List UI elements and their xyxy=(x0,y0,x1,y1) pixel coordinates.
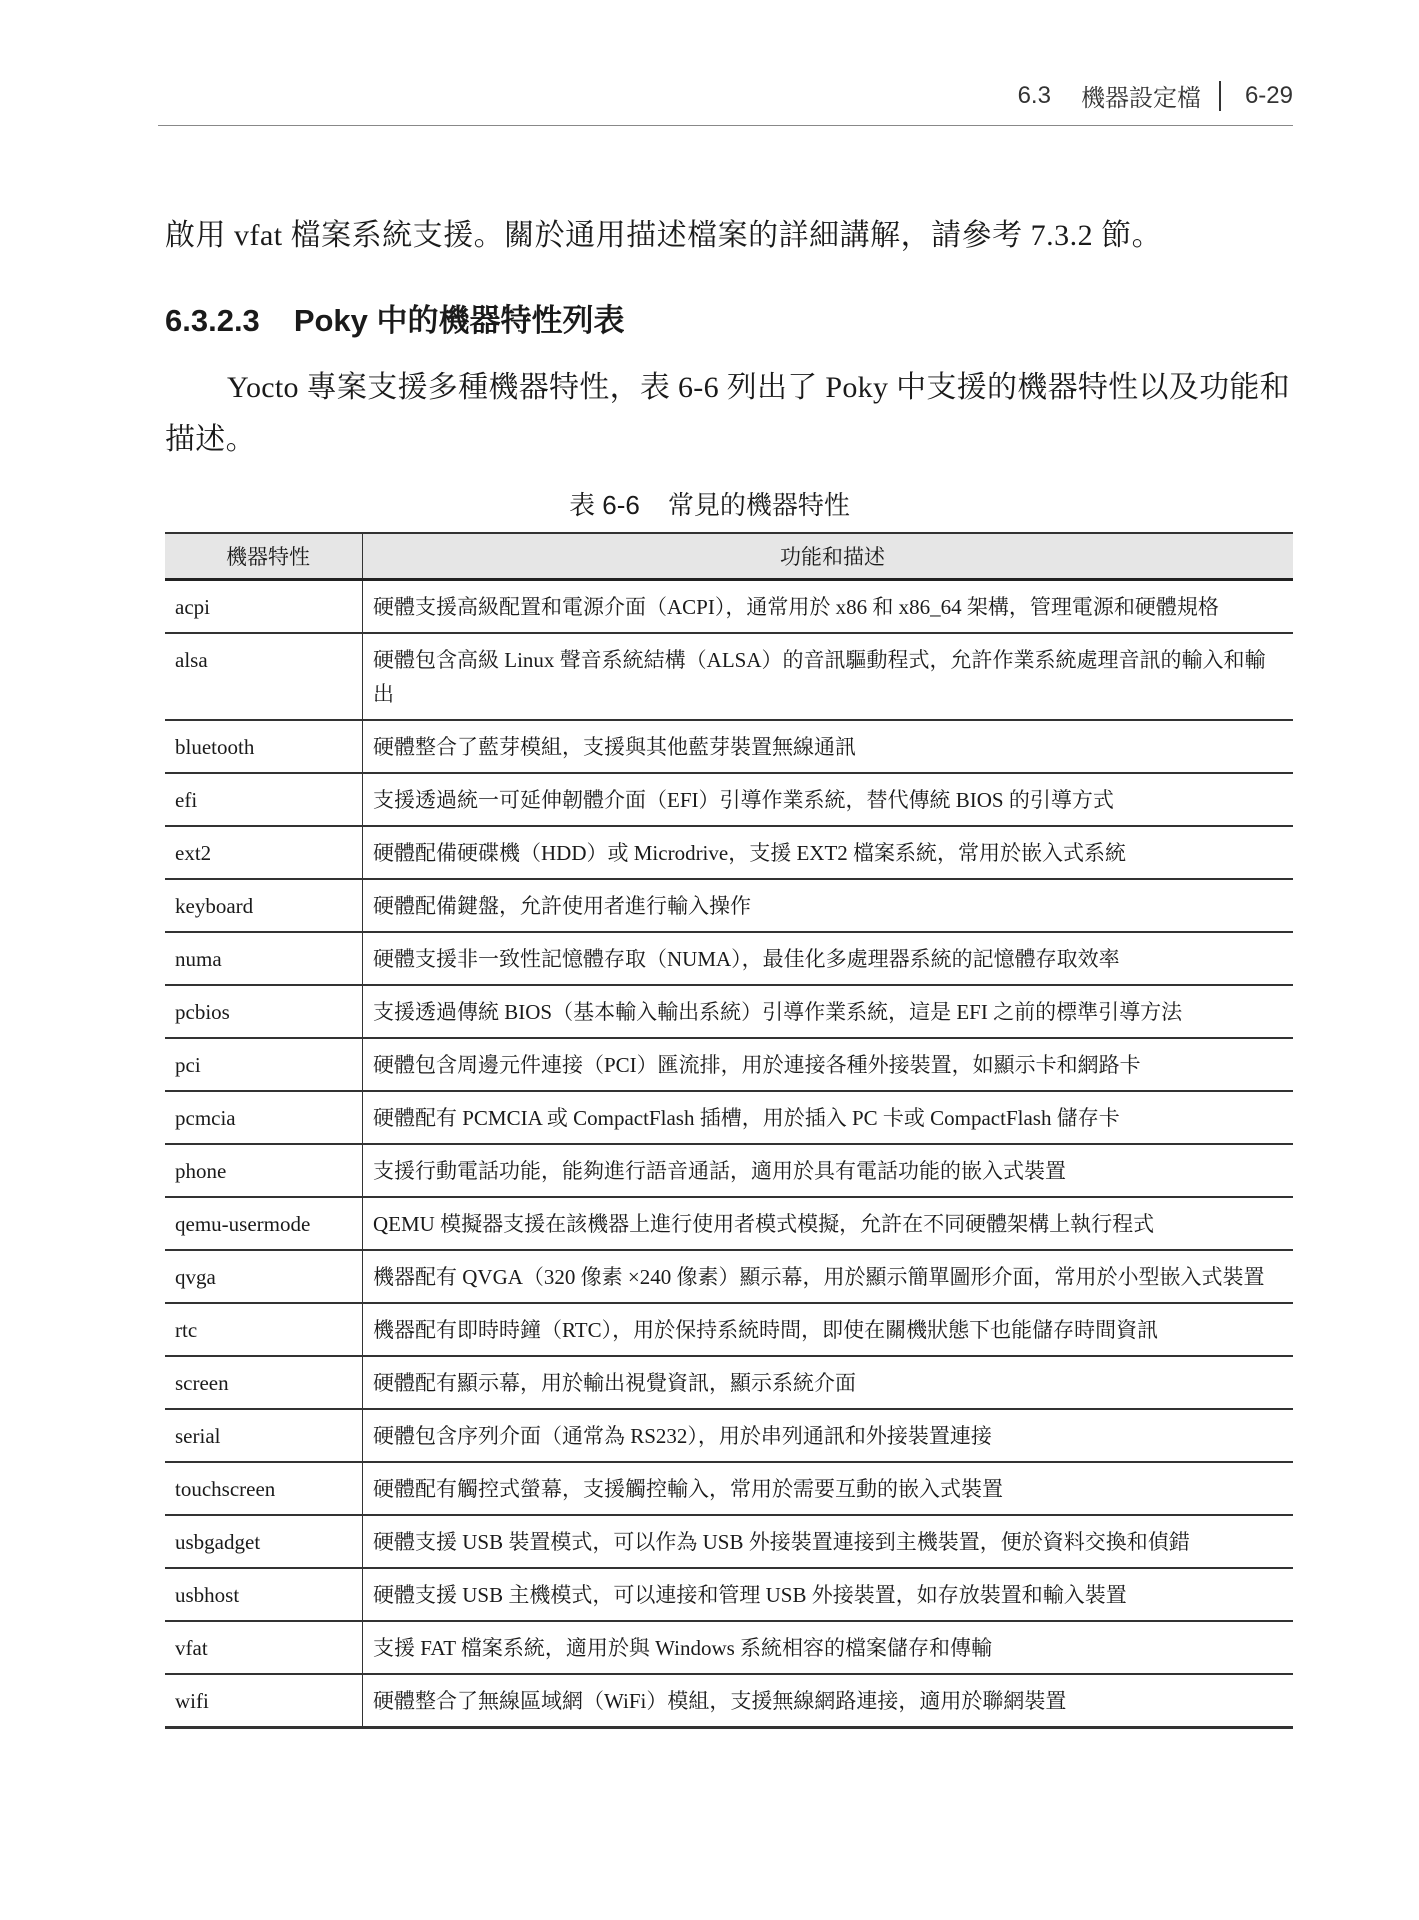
feature-description-cell: 硬體配有 PCMCIA 或 CompactFlash 插槽，用於插入 PC 卡或… xyxy=(363,1091,1294,1144)
running-head-title: 機器設定檔 xyxy=(1081,78,1201,113)
section-heading: 6.3.2.3Poky 中的機器特性列表 xyxy=(165,295,625,340)
feature-name-cell: vfat xyxy=(165,1621,363,1674)
feature-description-cell: QEMU 模擬器支援在該機器上進行使用者模式模擬，允許在不同硬體架構上執行程式 xyxy=(363,1197,1294,1250)
table-row: usbhost硬體支援 USB 主機模式，可以連接和管理 USB 外接裝置，如存… xyxy=(165,1568,1293,1621)
feature-name-cell: usbgadget xyxy=(165,1515,363,1568)
feature-description-cell: 硬體配有觸控式螢幕，支援觸控輸入，常用於需要互動的嵌入式裝置 xyxy=(363,1462,1294,1515)
table-row: screen硬體配有顯示幕，用於輸出視覺資訊，顯示系統介面 xyxy=(165,1356,1293,1409)
feature-description-cell: 硬體配備鍵盤，允許使用者進行輸入操作 xyxy=(363,879,1294,932)
feature-name-cell: wifi xyxy=(165,1674,363,1728)
running-head-section: 6.3 xyxy=(1018,82,1051,110)
feature-name-cell: screen xyxy=(165,1356,363,1409)
running-head: 6.3 機器設定檔 6-29 xyxy=(1018,78,1293,113)
feature-name-cell: alsa xyxy=(165,633,363,720)
table-row: qvga機器配有 QVGA（320 像素 ×240 像素）顯示幕，用於顯示簡單圖… xyxy=(165,1250,1293,1303)
table-caption: 表 6-6常見的機器特性 xyxy=(0,485,1419,522)
table-row: pci硬體包含周邊元件連接（PCI）匯流排，用於連接各種外接裝置，如顯示卡和網路… xyxy=(165,1038,1293,1091)
feature-name-cell: keyboard xyxy=(165,879,363,932)
feature-name-cell: pcmcia xyxy=(165,1091,363,1144)
paragraph-intro: 啟用 vfat 檔案系統支援。關於通用描述檔案的詳細講解，請參考 7.3.2 節… xyxy=(165,210,1162,254)
feature-description-cell: 硬體整合了無線區域網（WiFi）模組，支援無線網路連接，適用於聯網裝置 xyxy=(363,1674,1294,1728)
feature-name-cell: rtc xyxy=(165,1303,363,1356)
table-row: ext2硬體配備硬碟機（HDD）或 Microdrive，支援 EXT2 檔案系… xyxy=(165,826,1293,879)
table-header-row: 機器特性 功能和描述 xyxy=(165,533,1293,580)
feature-name-cell: pcbios xyxy=(165,985,363,1038)
feature-name-cell: phone xyxy=(165,1144,363,1197)
feature-description-cell: 機器配有即時時鐘（RTC），用於保持系統時間，即使在關機狀態下也能儲存時間資訊 xyxy=(363,1303,1294,1356)
feature-description-cell: 支援透過統一可延伸韌體介面（EFI）引導作業系統，替代傳統 BIOS 的引導方式 xyxy=(363,773,1294,826)
table-row: pcmcia硬體配有 PCMCIA 或 CompactFlash 插槽，用於插入… xyxy=(165,1091,1293,1144)
feature-name-cell: bluetooth xyxy=(165,720,363,773)
feature-name-cell: pci xyxy=(165,1038,363,1091)
table-row: pcbios支援透過傳統 BIOS（基本輸入輸出系統）引導作業系統，這是 EFI… xyxy=(165,985,1293,1038)
running-head-divider xyxy=(1219,81,1221,111)
feature-description-cell: 硬體支援 USB 裝置模式，可以作為 USB 外接裝置連接到主機裝置，便於資料交… xyxy=(363,1515,1294,1568)
header-rule xyxy=(158,125,1293,126)
table-caption-label: 表 6-6 xyxy=(569,490,640,520)
feature-description-cell: 支援透過傳統 BIOS（基本輸入輸出系統）引導作業系統，這是 EFI 之前的標準… xyxy=(363,985,1294,1038)
table-row: acpi硬體支援高級配置和電源介面（ACPI），通常用於 x86 和 x86_6… xyxy=(165,580,1293,634)
table-row: efi支援透過統一可延伸韌體介面（EFI）引導作業系統，替代傳統 BIOS 的引… xyxy=(165,773,1293,826)
table-row: touchscreen硬體配有觸控式螢幕，支援觸控輸入，常用於需要互動的嵌入式裝… xyxy=(165,1462,1293,1515)
table-row: vfat支援 FAT 檔案系統，適用於與 Windows 系統相容的檔案儲存和傳… xyxy=(165,1621,1293,1674)
feature-name-cell: acpi xyxy=(165,580,363,634)
section-number: 6.3.2.3 xyxy=(165,303,260,338)
table-row: rtc機器配有即時時鐘（RTC），用於保持系統時間，即使在關機狀態下也能儲存時間… xyxy=(165,1303,1293,1356)
table-row: alsa硬體包含高級 Linux 聲音系統結構（ALSA）的音訊驅動程式，允許作… xyxy=(165,633,1293,720)
table-row: usbgadget硬體支援 USB 裝置模式，可以作為 USB 外接裝置連接到主… xyxy=(165,1515,1293,1568)
feature-description-cell: 硬體支援高級配置和電源介面（ACPI），通常用於 x86 和 x86_64 架構… xyxy=(363,580,1294,634)
feature-description-cell: 硬體包含周邊元件連接（PCI）匯流排，用於連接各種外接裝置，如顯示卡和網路卡 xyxy=(363,1038,1294,1091)
feature-description-cell: 硬體支援 USB 主機模式，可以連接和管理 USB 外接裝置，如存放裝置和輸入裝… xyxy=(363,1568,1294,1621)
feature-description-cell: 機器配有 QVGA（320 像素 ×240 像素）顯示幕，用於顯示簡單圖形介面，… xyxy=(363,1250,1294,1303)
feature-description-cell: 硬體整合了藍芽模組，支援與其他藍芽裝置無線通訊 xyxy=(363,720,1294,773)
table-row: phone支援行動電話功能，能夠進行語音通話，適用於具有電話功能的嵌入式裝置 xyxy=(165,1144,1293,1197)
paragraph-description: Yocto 專案支援多種機器特性，表 6-6 列出了 Poky 中支援的機器特性… xyxy=(165,362,1295,466)
column-header-description: 功能和描述 xyxy=(363,533,1294,580)
feature-description-cell: 硬體包含序列介面（通常為 RS232），用於串列通訊和外接裝置連接 xyxy=(363,1409,1294,1462)
feature-description-cell: 硬體配有顯示幕，用於輸出視覺資訊，顯示系統介面 xyxy=(363,1356,1294,1409)
section-title: Poky 中的機器特性列表 xyxy=(294,303,625,338)
table-row: qemu-usermodeQEMU 模擬器支援在該機器上進行使用者模式模擬，允許… xyxy=(165,1197,1293,1250)
table-row: bluetooth硬體整合了藍芽模組，支援與其他藍芽裝置無線通訊 xyxy=(165,720,1293,773)
paragraph-text: Yocto 專案支援多種機器特性，表 6-6 列出了 Poky 中支援的機器特性… xyxy=(165,371,1290,456)
table-row: keyboard硬體配備鍵盤，允許使用者進行輸入操作 xyxy=(165,879,1293,932)
table-body: acpi硬體支援高級配置和電源介面（ACPI），通常用於 x86 和 x86_6… xyxy=(165,580,1293,1728)
feature-name-cell: qvga xyxy=(165,1250,363,1303)
feature-description-cell: 支援行動電話功能，能夠進行語音通話，適用於具有電話功能的嵌入式裝置 xyxy=(363,1144,1294,1197)
column-header-feature: 機器特性 xyxy=(165,533,363,580)
feature-name-cell: serial xyxy=(165,1409,363,1462)
feature-name-cell: efi xyxy=(165,773,363,826)
feature-description-cell: 硬體配備硬碟機（HDD）或 Microdrive，支援 EXT2 檔案系統，常用… xyxy=(363,826,1294,879)
feature-name-cell: numa xyxy=(165,932,363,985)
page-number: 6-29 xyxy=(1245,82,1293,110)
table-caption-title: 常見的機器特性 xyxy=(668,490,850,520)
table-row: wifi硬體整合了無線區域網（WiFi）模組，支援無線網路連接，適用於聯網裝置 xyxy=(165,1674,1293,1728)
feature-name-cell: ext2 xyxy=(165,826,363,879)
feature-description-cell: 硬體包含高級 Linux 聲音系統結構（ALSA）的音訊驅動程式，允許作業系統處… xyxy=(363,633,1294,720)
feature-name-cell: usbhost xyxy=(165,1568,363,1621)
feature-name-cell: touchscreen xyxy=(165,1462,363,1515)
feature-description-cell: 硬體支援非一致性記憶體存取（NUMA），最佳化多處理器系統的記憶體存取效率 xyxy=(363,932,1294,985)
table-row: numa硬體支援非一致性記憶體存取（NUMA），最佳化多處理器系統的記憶體存取效… xyxy=(165,932,1293,985)
machine-features-table: 機器特性 功能和描述 acpi硬體支援高級配置和電源介面（ACPI），通常用於 … xyxy=(165,532,1293,1729)
table-row: serial硬體包含序列介面（通常為 RS232），用於串列通訊和外接裝置連接 xyxy=(165,1409,1293,1462)
feature-name-cell: qemu-usermode xyxy=(165,1197,363,1250)
feature-description-cell: 支援 FAT 檔案系統，適用於與 Windows 系統相容的檔案儲存和傳輸 xyxy=(363,1621,1294,1674)
